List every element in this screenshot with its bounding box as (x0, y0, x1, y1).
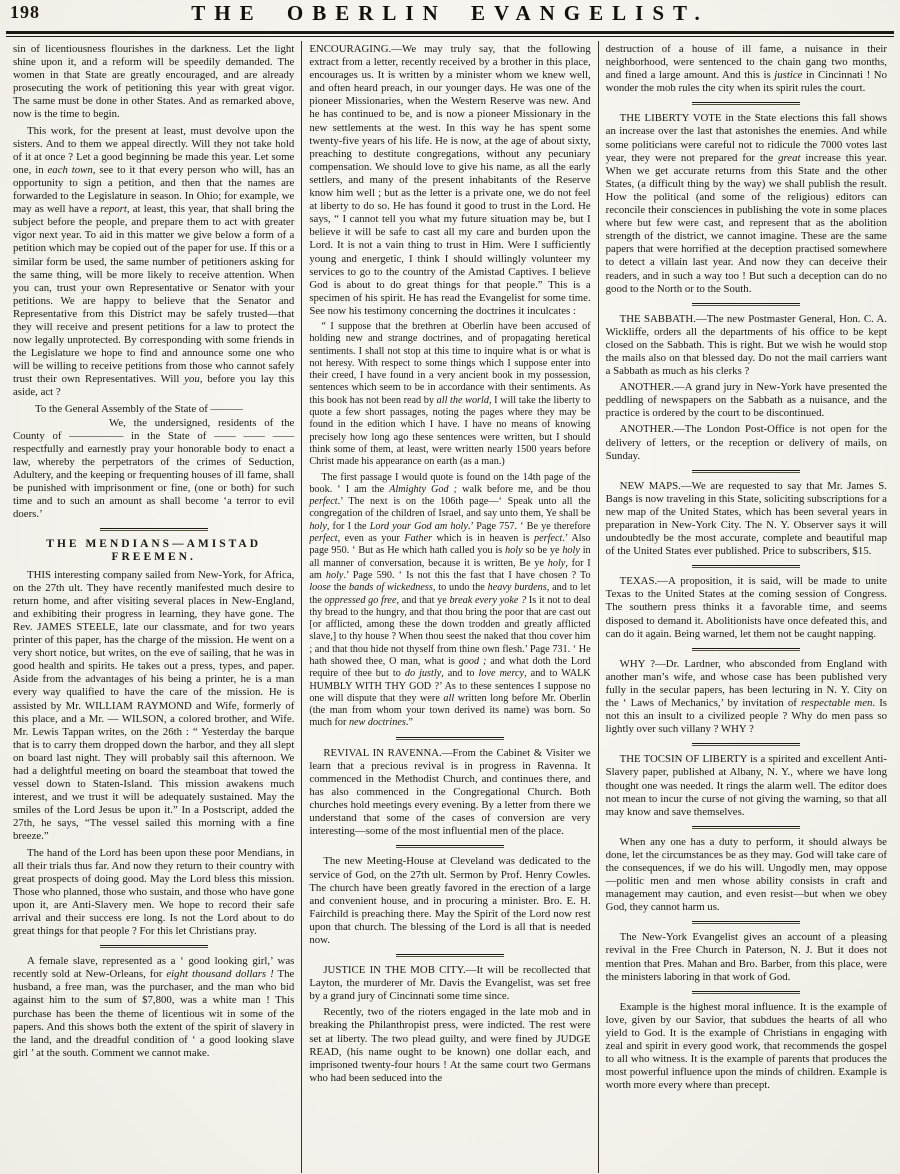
masthead-title: THE OBERLIN EVANGELIST. (0, 1, 900, 26)
paragraph: TEXAS.—A proposition, it is said, will b… (606, 575, 887, 640)
paragraph: THE LIBERTY VOTE in the State elections … (606, 112, 887, 295)
section-divider (396, 845, 504, 848)
paragraph: The new Meeting-House at Cleveland was d… (309, 855, 590, 947)
section-divider (100, 528, 208, 531)
paragraph: THE SABBATH.—The new Postmaster General,… (606, 313, 887, 378)
paragraph: Example is the highest moral influence. … (606, 1001, 887, 1093)
section-divider (396, 954, 504, 957)
page-header: 198 THE OBERLIN EVANGELIST. (0, 0, 900, 30)
paragraph: This work, for the present at least, mus… (13, 125, 294, 400)
paragraph: The New-York Evangelist gives an account… (606, 931, 887, 983)
paragraph: When any one has a duty to perform, it s… (606, 836, 887, 915)
newspaper-page: 198 THE OBERLIN EVANGELIST. sin of licen… (0, 0, 900, 1174)
section-divider (692, 102, 800, 105)
paragraph: A female slave, represented as a ‘ good … (13, 955, 294, 1060)
paragraph: “ I suppose that the brethren at Oberlin… (309, 321, 590, 469)
paragraph: REVIVAL IN RAVENNA.—From the Cabinet & V… (309, 747, 590, 839)
paragraph: destruction of a house of ill fame, a nu… (606, 43, 887, 95)
paragraph: THE TOCSIN OF LIBERTY is a spirited and … (606, 753, 887, 818)
section-divider (692, 470, 800, 473)
section-heading: THE MENDIANS—AMISTAD FREEMEN. (13, 538, 294, 564)
section-divider (692, 991, 800, 994)
section-divider (692, 303, 800, 306)
section-divider (692, 565, 800, 568)
columns-container: sin of licentiousness flourishes in the … (6, 41, 894, 1173)
paragraph: The first passage I would quote is found… (309, 472, 590, 730)
paragraph: The hand of the Lord has been upon these… (13, 847, 294, 939)
column-1: sin of licentiousness flourishes in the … (6, 41, 301, 1173)
column-2: ENCOURAGING.—We may truly say, that the … (301, 41, 598, 1173)
section-divider (396, 737, 504, 740)
column-3: destruction of a house of ill fame, a nu… (599, 41, 894, 1173)
paragraph: JUSTICE IN THE MOB CITY.—It will be reco… (309, 964, 590, 1003)
paragraph: To the General Assembly of the State of … (13, 403, 294, 416)
paragraph: WHY ?—Dr. Lardner, who absconded from En… (606, 658, 887, 737)
section-divider (100, 945, 208, 948)
paragraph: ENCOURAGING.—We may truly say, that the … (309, 43, 590, 318)
section-divider (692, 743, 800, 746)
section-divider (692, 921, 800, 924)
paragraph: NEW MAPS.—We are requested to say that M… (606, 480, 887, 559)
paragraph: ANOTHER.—The London Post-Office is not o… (606, 423, 887, 462)
section-divider (692, 826, 800, 829)
paragraph: We, the undersigned, residents of the Co… (13, 417, 294, 522)
paragraph: THIS interesting company sailed from New… (13, 569, 294, 844)
paragraph: ANOTHER.—A grand jury in New-York have p… (606, 381, 887, 420)
paragraph: Recently, two of the rioters engaged in … (309, 1006, 590, 1085)
section-divider (692, 648, 800, 651)
header-rule (6, 31, 894, 37)
paragraph: sin of licentiousness flourishes in the … (13, 43, 294, 122)
